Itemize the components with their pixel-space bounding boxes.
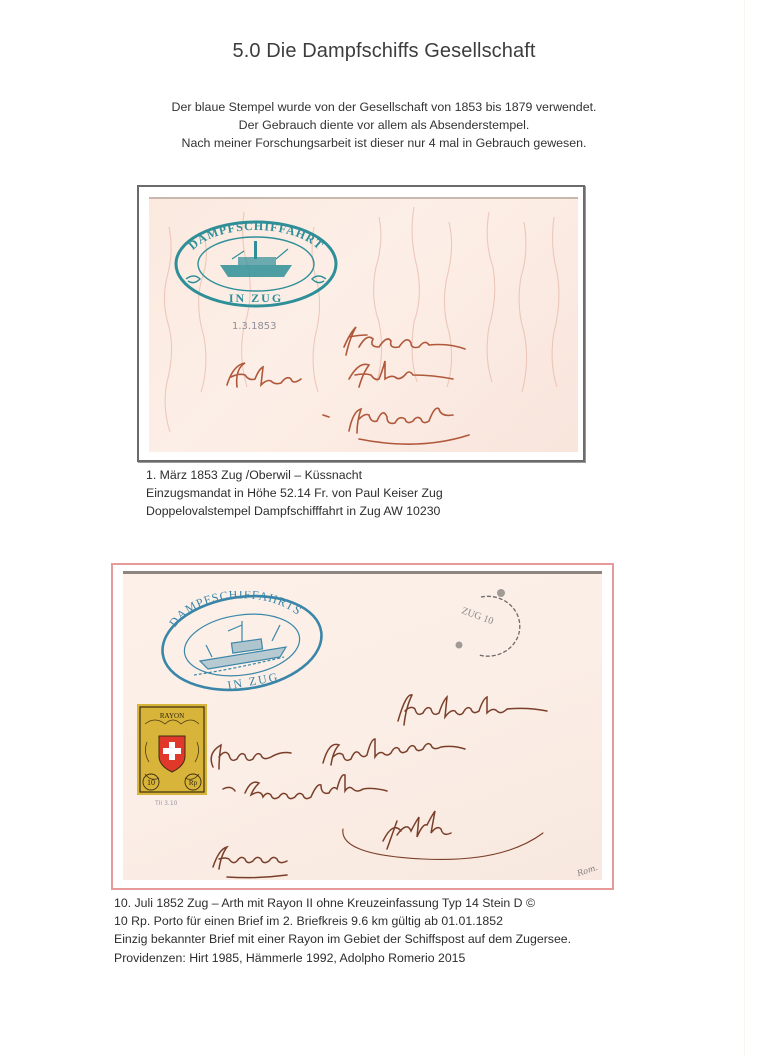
intro-line: Nach meiner Forschungsarbeit ist dieser … xyxy=(0,134,768,152)
caption-line: 10. Juli 1852 Zug – Arth mit Rayon II oh… xyxy=(114,894,571,912)
svg-text:RAYON: RAYON xyxy=(160,712,184,720)
caption-line: 1. März 1853 Zug /Oberwil – Küssnacht xyxy=(146,466,443,484)
svg-text:10: 10 xyxy=(147,778,155,787)
svg-text:ZUG 10: ZUG 10 xyxy=(460,605,495,627)
intro-line: Der Gebrauch diente vor allem als Absend… xyxy=(0,116,768,134)
cover-2-caption: 10. Juli 1852 Zug – Arth mit Rayon II oh… xyxy=(114,894,571,967)
dampfschiffahrts-oval-stamp-icon: DAMPFSCHIFFAHRTS IN ZUG xyxy=(156,591,326,695)
caption-line: Doppelovalstempel Dampfschifffahrt in Zu… xyxy=(146,502,443,520)
cover-1-image: DAMPFSCHIFFAHRT IN ZUG 1.3.1853 xyxy=(149,197,578,452)
cover-1-frame: DAMPFSCHIFFAHRT IN ZUG 1.3.1853 xyxy=(137,185,585,462)
caption-line: Einzugsmandat in Höhe 52.14 Fr. von Paul… xyxy=(146,484,443,502)
circular-postmark-icon: ZUG 10 xyxy=(441,583,531,663)
intro-line: Der blaue Stempel wurde von der Gesellsc… xyxy=(0,98,768,116)
handwritten-address xyxy=(209,307,539,447)
svg-text:DAMPFSCHIFFAHRTS: DAMPFSCHIFFAHRTS xyxy=(166,591,305,629)
cover-2-image: DAMPFSCHIFFAHRTS IN ZUG ZUG 10 xyxy=(123,571,602,880)
pencil-note: TII 3.10 xyxy=(155,800,177,807)
intro-text: Der blaue Stempel wurde von der Gesellsc… xyxy=(0,98,768,152)
svg-text:IN ZUG: IN ZUG xyxy=(229,291,283,305)
page-edge xyxy=(744,0,745,1056)
caption-line: Einzig bekannter Brief mit einer Rayon i… xyxy=(114,930,571,948)
dampfschiffahrt-oval-stamp-icon: DAMPFSCHIFFAHRT IN ZUG xyxy=(172,219,340,309)
cover-2-frame: DAMPFSCHIFFAHRTS IN ZUG ZUG 10 xyxy=(111,563,614,890)
cover-1-caption: 1. März 1853 Zug /Oberwil – Küssnacht Ei… xyxy=(146,466,443,521)
handwritten-address xyxy=(183,681,602,880)
caption-line: Providenzen: Hirt 1985, Hämmerle 1992, A… xyxy=(114,949,571,967)
page-title: 5.0 Die Dampfschiffs Gesellschaft xyxy=(0,40,768,63)
caption-line: 10 Rp. Porto für einen Brief im 2. Brief… xyxy=(114,912,571,930)
